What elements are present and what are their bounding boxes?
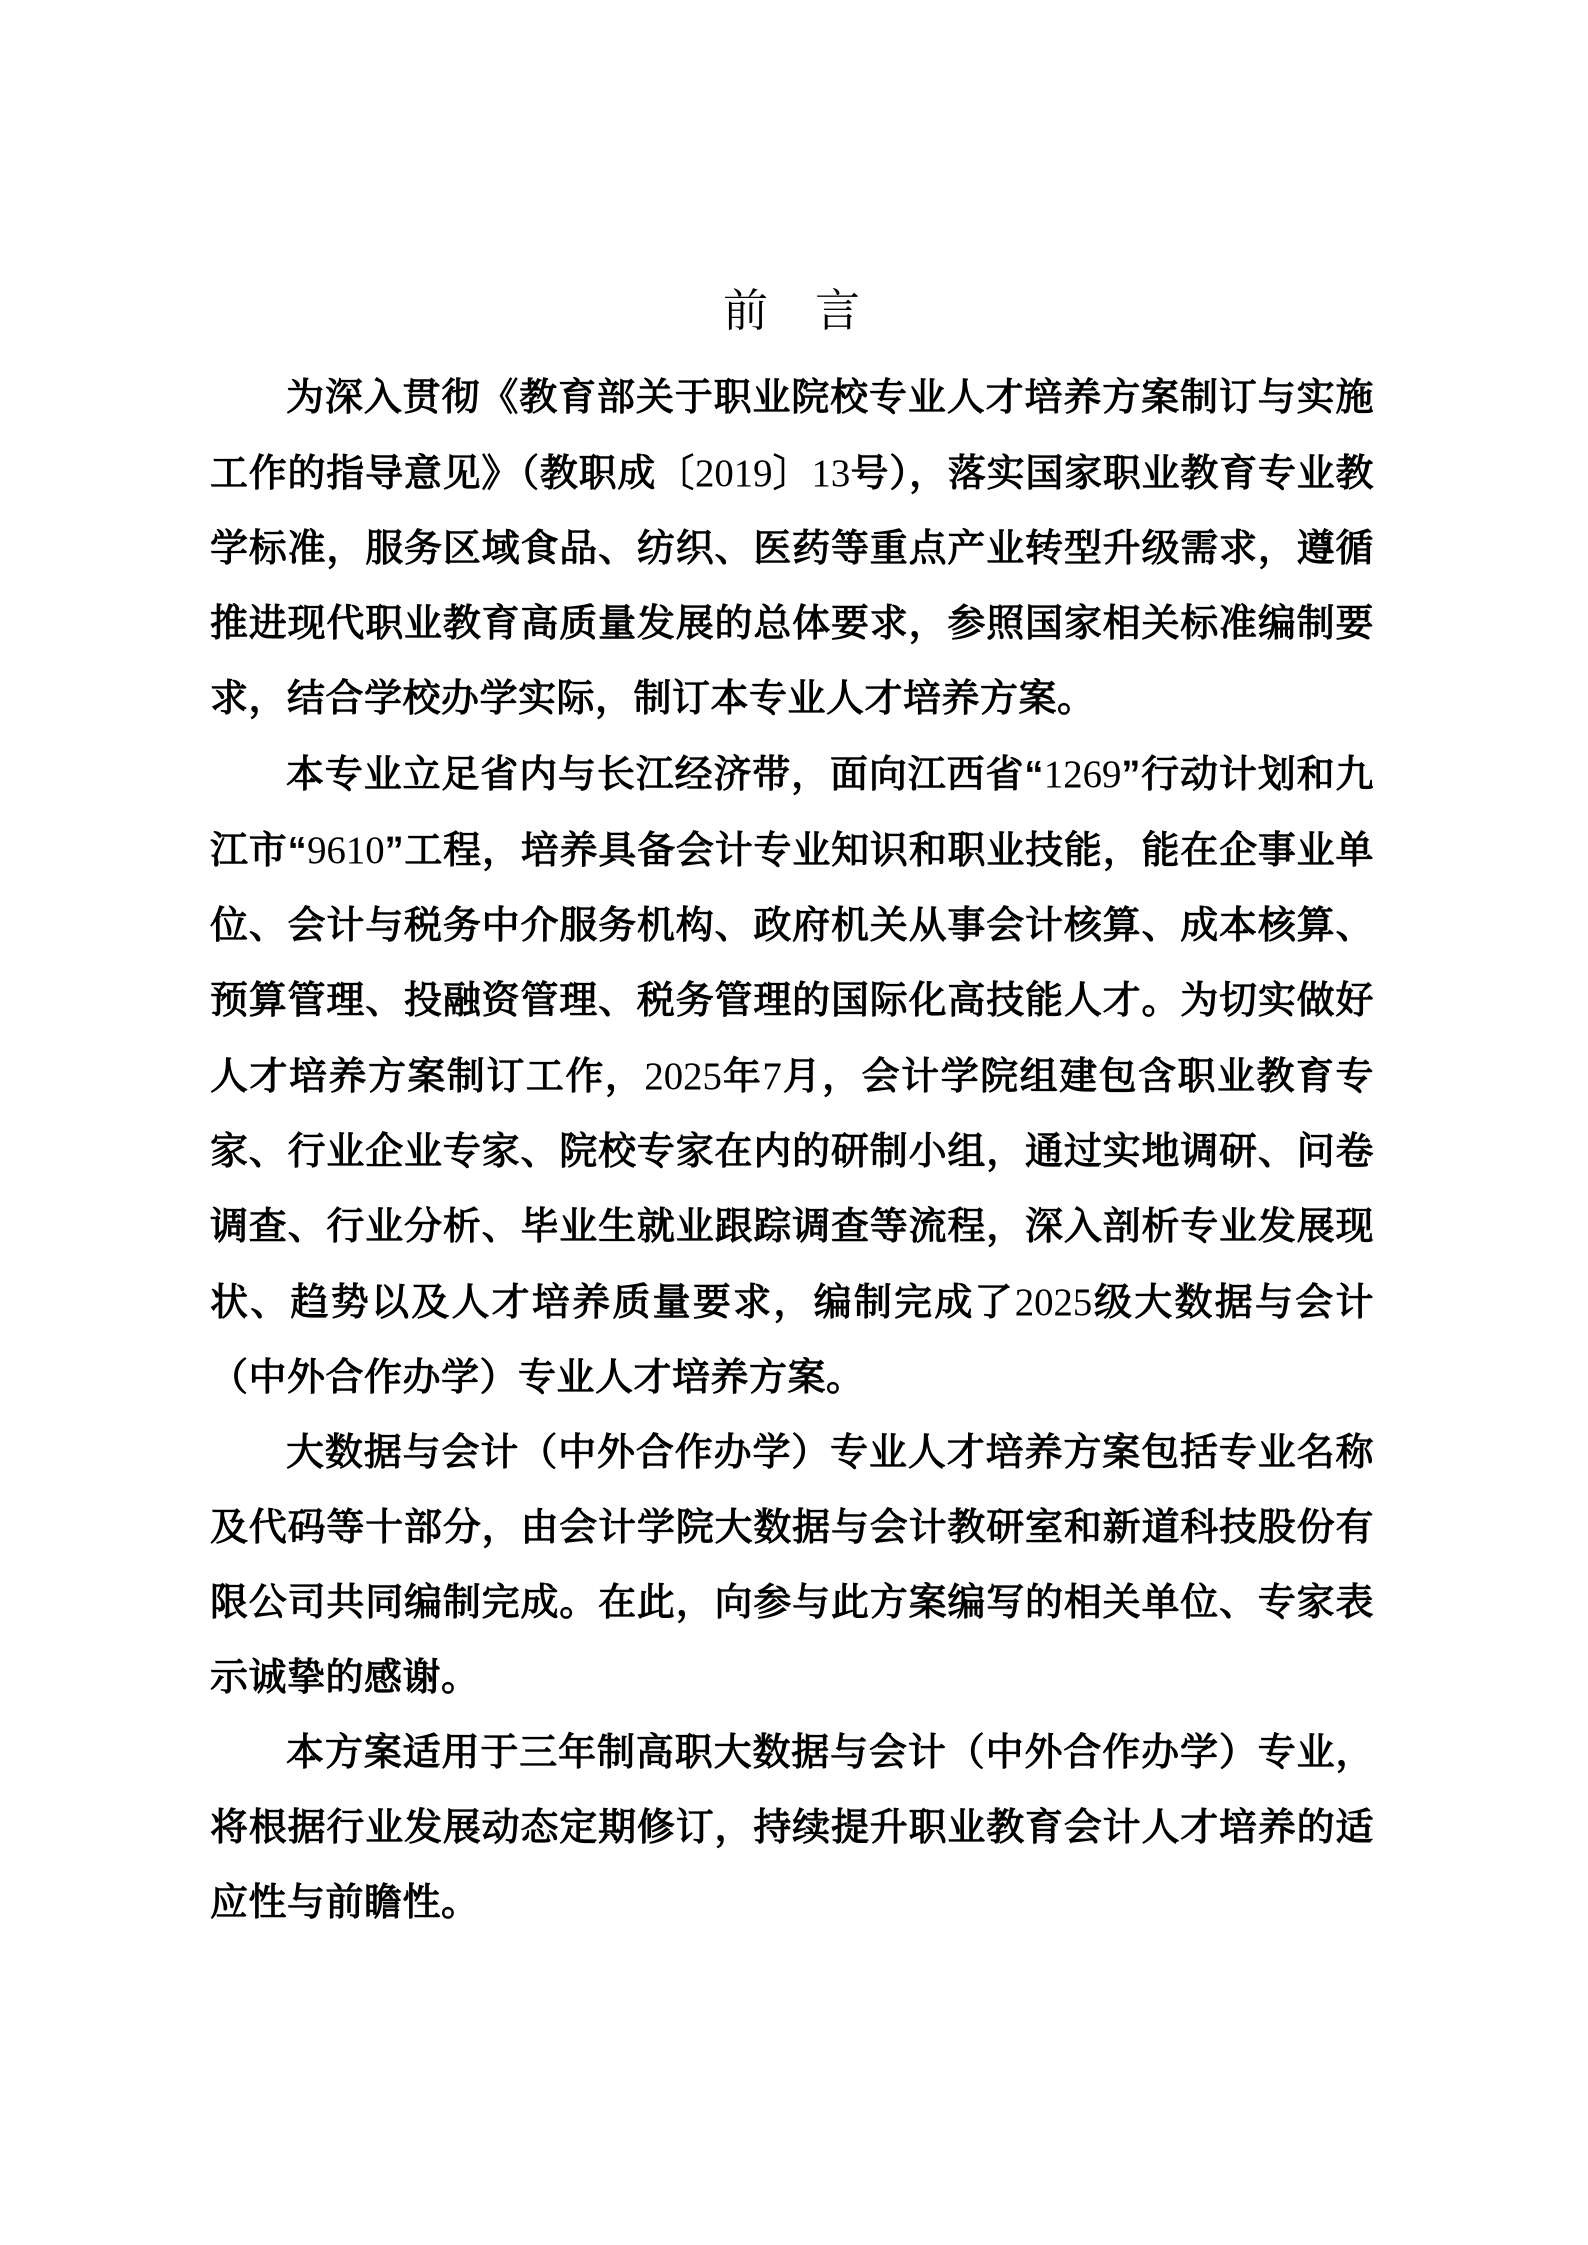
latin-numeral: 1269 bbox=[1044, 753, 1122, 796]
latin-numeral: 7 bbox=[762, 1055, 781, 1098]
page-title: 前 言 bbox=[210, 283, 1374, 339]
preface-body: 为深入贯彻《教育部关于职业院校专业人才培养方案制订与实施工作的指导意见》（教职成… bbox=[210, 361, 1374, 1941]
paragraph-1: 为深入贯彻《教育部关于职业院校专业人才培养方案制订与实施工作的指导意见》（教职成… bbox=[210, 361, 1374, 737]
latin-numeral: 2025 bbox=[644, 1055, 722, 1098]
latin-numeral: 2019 bbox=[695, 452, 773, 495]
paragraph-3: 大数据与会计（中外合作办学）专业人才培养方案包括专业名称及代码等十部分，由会计学… bbox=[210, 1416, 1374, 1716]
paragraph-2: 本专业立足省内与长江经济带，面向江西省“1269”行动计划和九江市“9610”工… bbox=[210, 737, 1374, 1416]
latin-numeral: 9610 bbox=[307, 829, 385, 872]
document-page: 前 言 为深入贯彻《教育部关于职业院校专业人才培养方案制订与实施工作的指导意见》… bbox=[0, 0, 1588, 2245]
paragraph-4: 本方案适用于三年制高职大数据与会计（中外合作办学）专业，将根据行业发展动态定期修… bbox=[210, 1716, 1374, 1941]
latin-numeral: 2025 bbox=[1015, 1281, 1093, 1324]
latin-numeral: 13 bbox=[812, 452, 851, 495]
